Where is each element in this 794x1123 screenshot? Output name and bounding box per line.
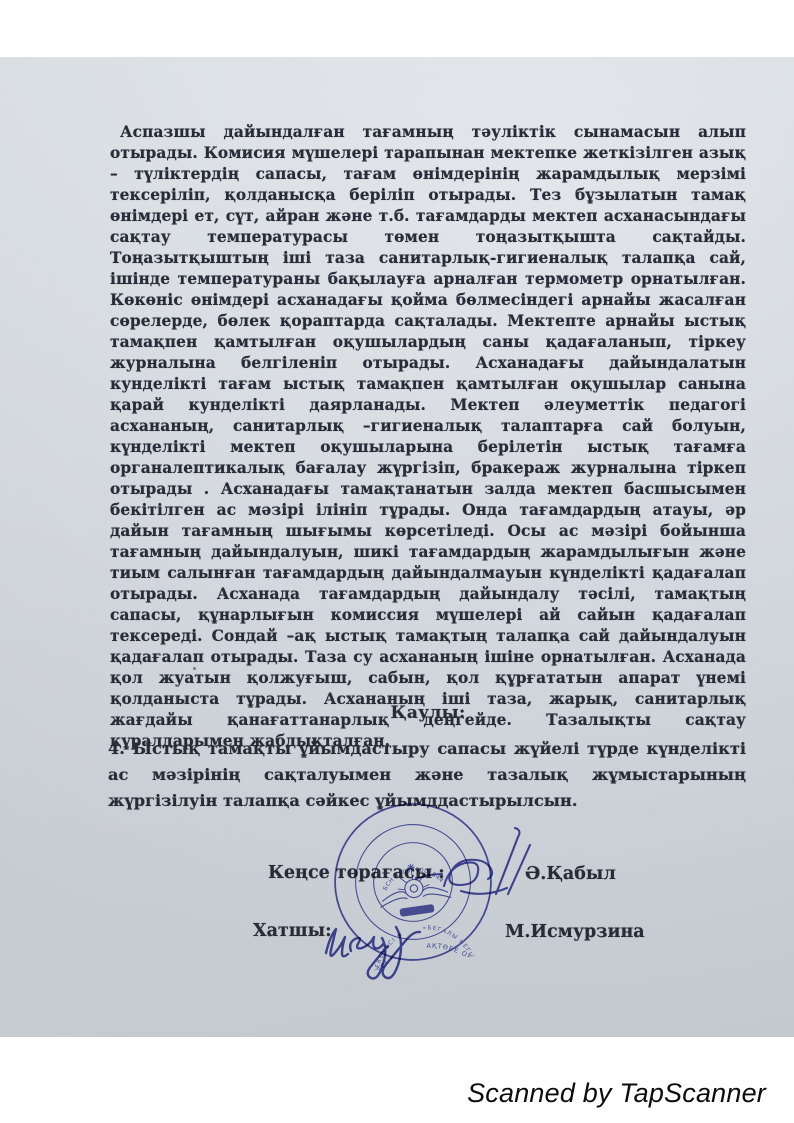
handwritten-signatures — [240, 790, 670, 1000]
body-paragraph: Аспазшы дайындалған тағамның тәуліктік с… — [110, 122, 746, 752]
tapscanner-watermark: Scanned by TapScanner — [467, 1078, 766, 1109]
scan-artifact-dot — [193, 667, 196, 670]
secretary-signature — [326, 927, 420, 978]
chairman-signature — [416, 828, 530, 894]
scanned-page: Аспазшы дайындалған тағамның тәуліктік с… — [0, 0, 794, 1123]
resolution-heading: Қаулы: — [110, 703, 746, 723]
scan-artifact-dot — [710, 697, 714, 701]
